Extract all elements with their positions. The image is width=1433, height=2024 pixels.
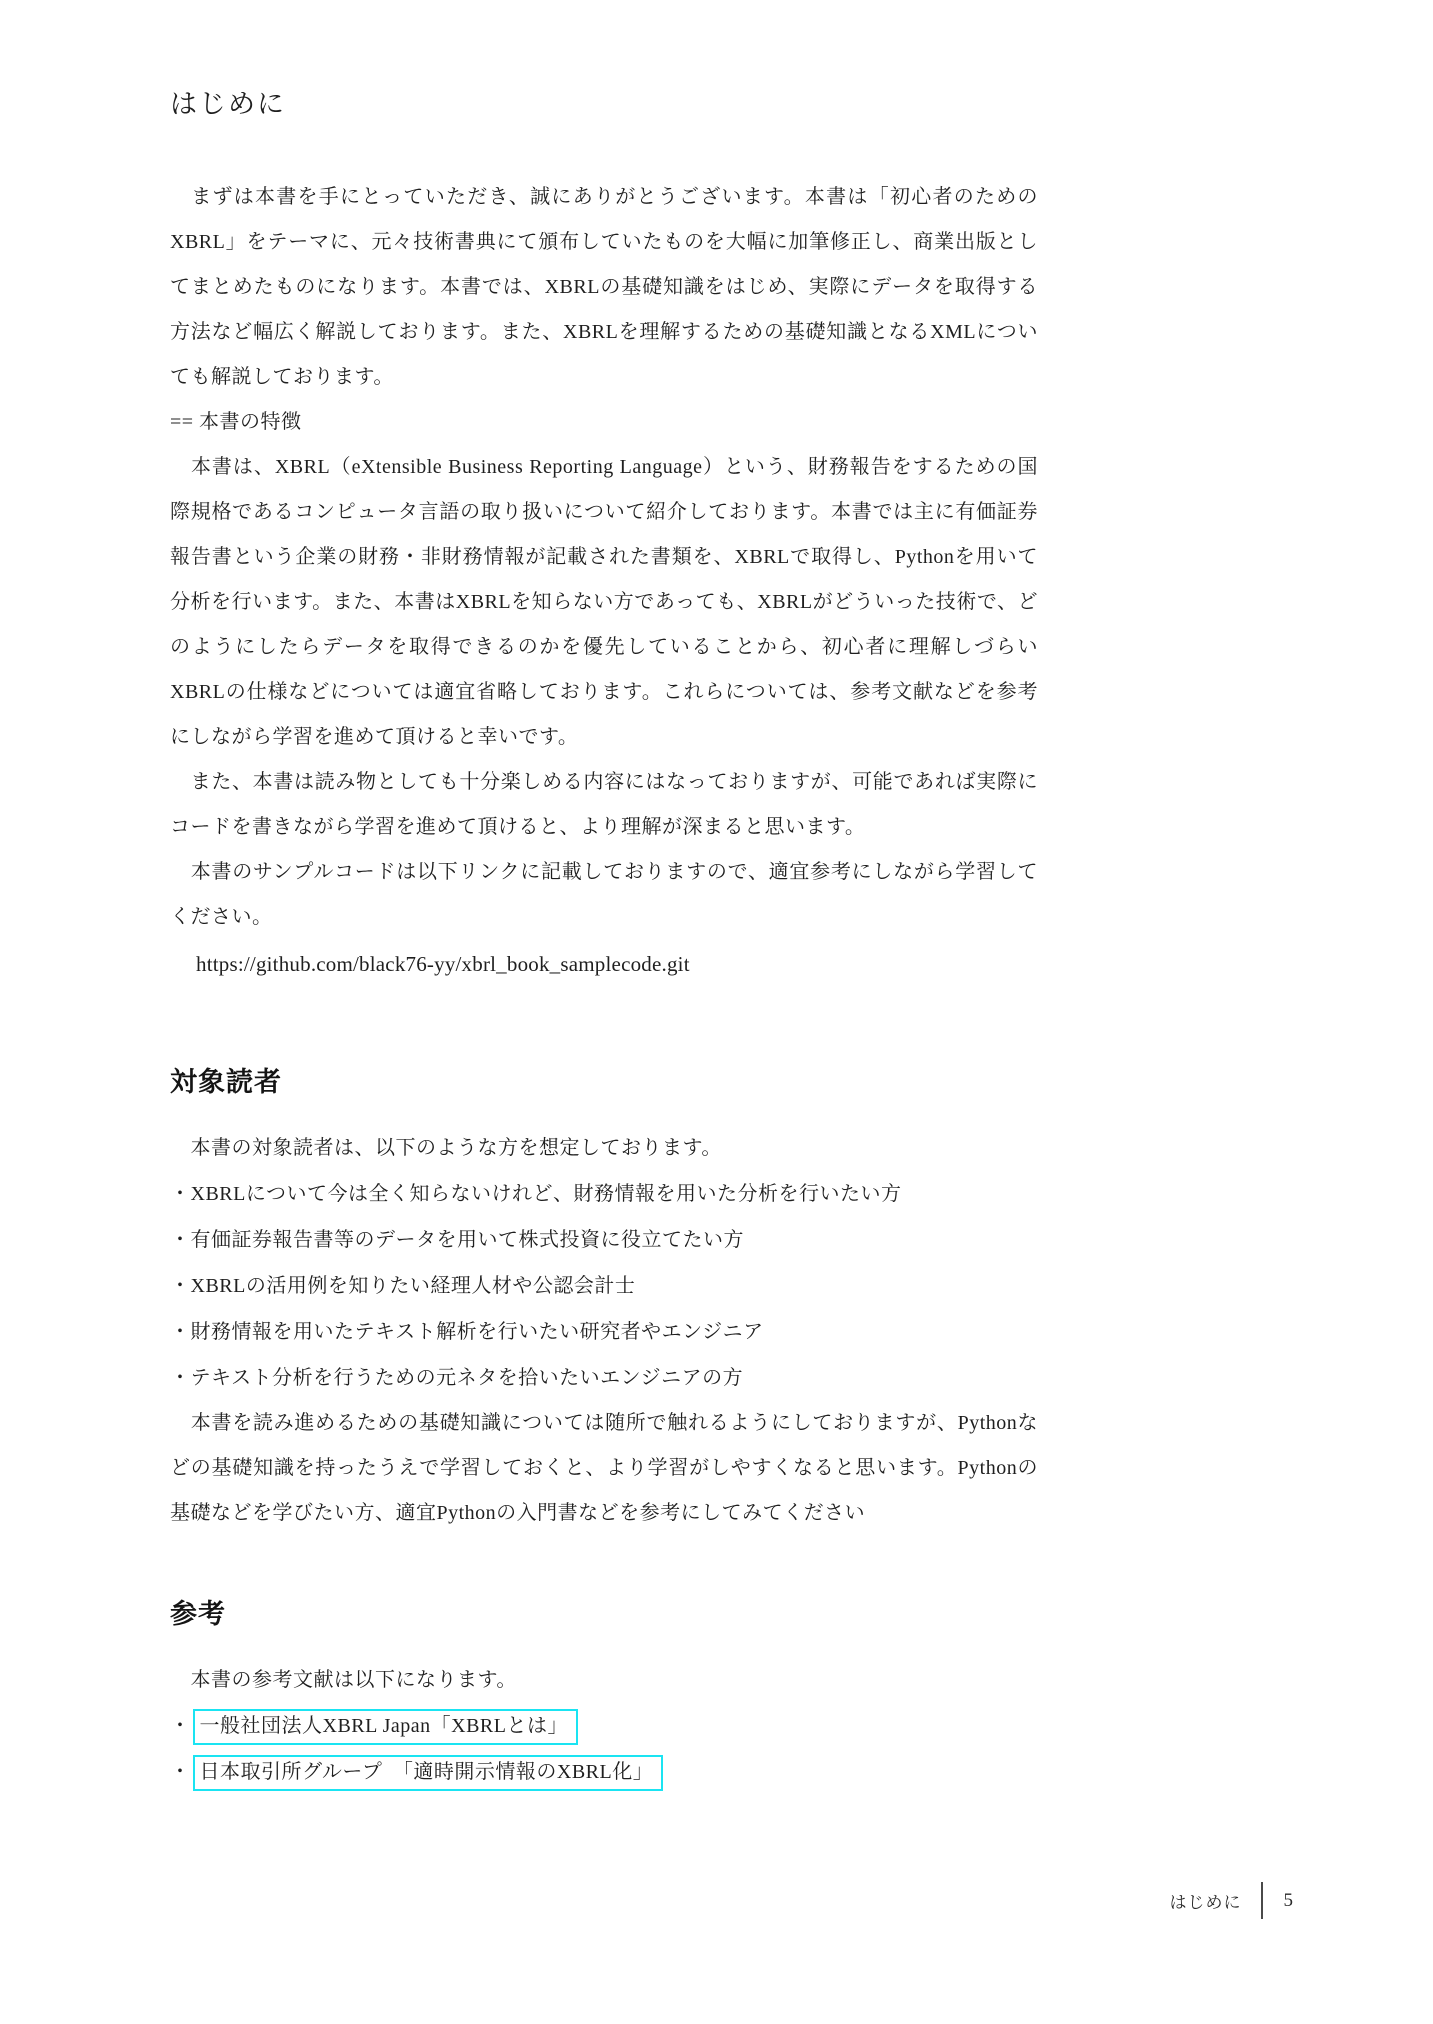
intro-paragraph-2: 本書は、XBRL（eXtensible Business Reporting L… xyxy=(170,445,1038,760)
list-bullet: ・ xyxy=(170,1715,191,1737)
intro-marker-line: == 本書の特徴 xyxy=(170,400,1038,445)
audience-bullet-item: ・有価証券報告書等のデータを用いて株式投資に役立てたい方 xyxy=(170,1217,1038,1263)
audience-closing: 本書を読み進めるための基礎知識については随所で触れるようにしておりますが、Pyt… xyxy=(170,1401,1038,1536)
section-heading-audience: 対象読者 xyxy=(170,1064,1038,1100)
reference-link-line: ・一般社団法人XBRL Japan「XBRLとは」 xyxy=(170,1703,1038,1749)
section-heading-references: 参考 xyxy=(170,1596,1038,1632)
footer-section-label: はじめに xyxy=(1170,1888,1242,1913)
page-title: はじめに xyxy=(170,82,1038,121)
intro-paragraph-1: まずは本書を手にとっていただき、誠にありがとうございます。本書は「初心者のための… xyxy=(170,175,1038,400)
page-number: 5 xyxy=(1284,1890,1294,1912)
list-bullet: ・ xyxy=(170,1761,191,1783)
reference-link[interactable]: 一般社団法人XBRL Japan「XBRLとは」 xyxy=(193,1709,578,1745)
audience-bullet-item: ・XBRLについて今は全く知らないけれど、財務情報を用いた分析を行いたい方 xyxy=(170,1171,1038,1217)
references-lead: 本書の参考文献は以下になります。 xyxy=(170,1658,1038,1703)
intro-paragraph-4: 本書のサンプルコードは以下リンクに記載しておりますので、適宜参考にしながら学習し… xyxy=(170,850,1038,940)
audience-bullet-item: ・テキスト分析を行うための元ネタを拾いたいエンジニアの方 xyxy=(170,1355,1038,1401)
audience-lead: 本書の対象読者は、以下のような方を想定しております。 xyxy=(170,1126,1038,1171)
footer-divider xyxy=(1261,1882,1263,1919)
document-page: はじめに まずは本書を手にとっていただき、誠にありがとうございます。本書は「初心… xyxy=(0,0,1433,2024)
audience-bullet-list: ・XBRLについて今は全く知らないけれど、財務情報を用いた分析を行いたい方 ・有… xyxy=(170,1171,1038,1401)
reference-link[interactable]: 日本取引所グループ 「適時開示情報のXBRL化」 xyxy=(193,1755,664,1791)
audience-bullet-item: ・XBRLの活用例を知りたい経理人材や公認会計士 xyxy=(170,1263,1038,1309)
page-content: はじめに まずは本書を手にとっていただき、誠にありがとうございます。本書は「初心… xyxy=(170,0,1038,1795)
page-footer: はじめに 5 xyxy=(1170,1882,1294,1919)
intro-paragraph-3: また、本書は読み物としても十分楽しめる内容にはなっておりますが、可能であれば実際… xyxy=(170,760,1038,850)
reference-link-line: ・日本取引所グループ 「適時開示情報のXBRL化」 xyxy=(170,1749,1038,1795)
sample-code-url: https://github.com/black76-yy/xbrl_book_… xyxy=(196,940,1038,988)
audience-bullet-item: ・財務情報を用いたテキスト解析を行いたい研究者やエンジニア xyxy=(170,1309,1038,1355)
